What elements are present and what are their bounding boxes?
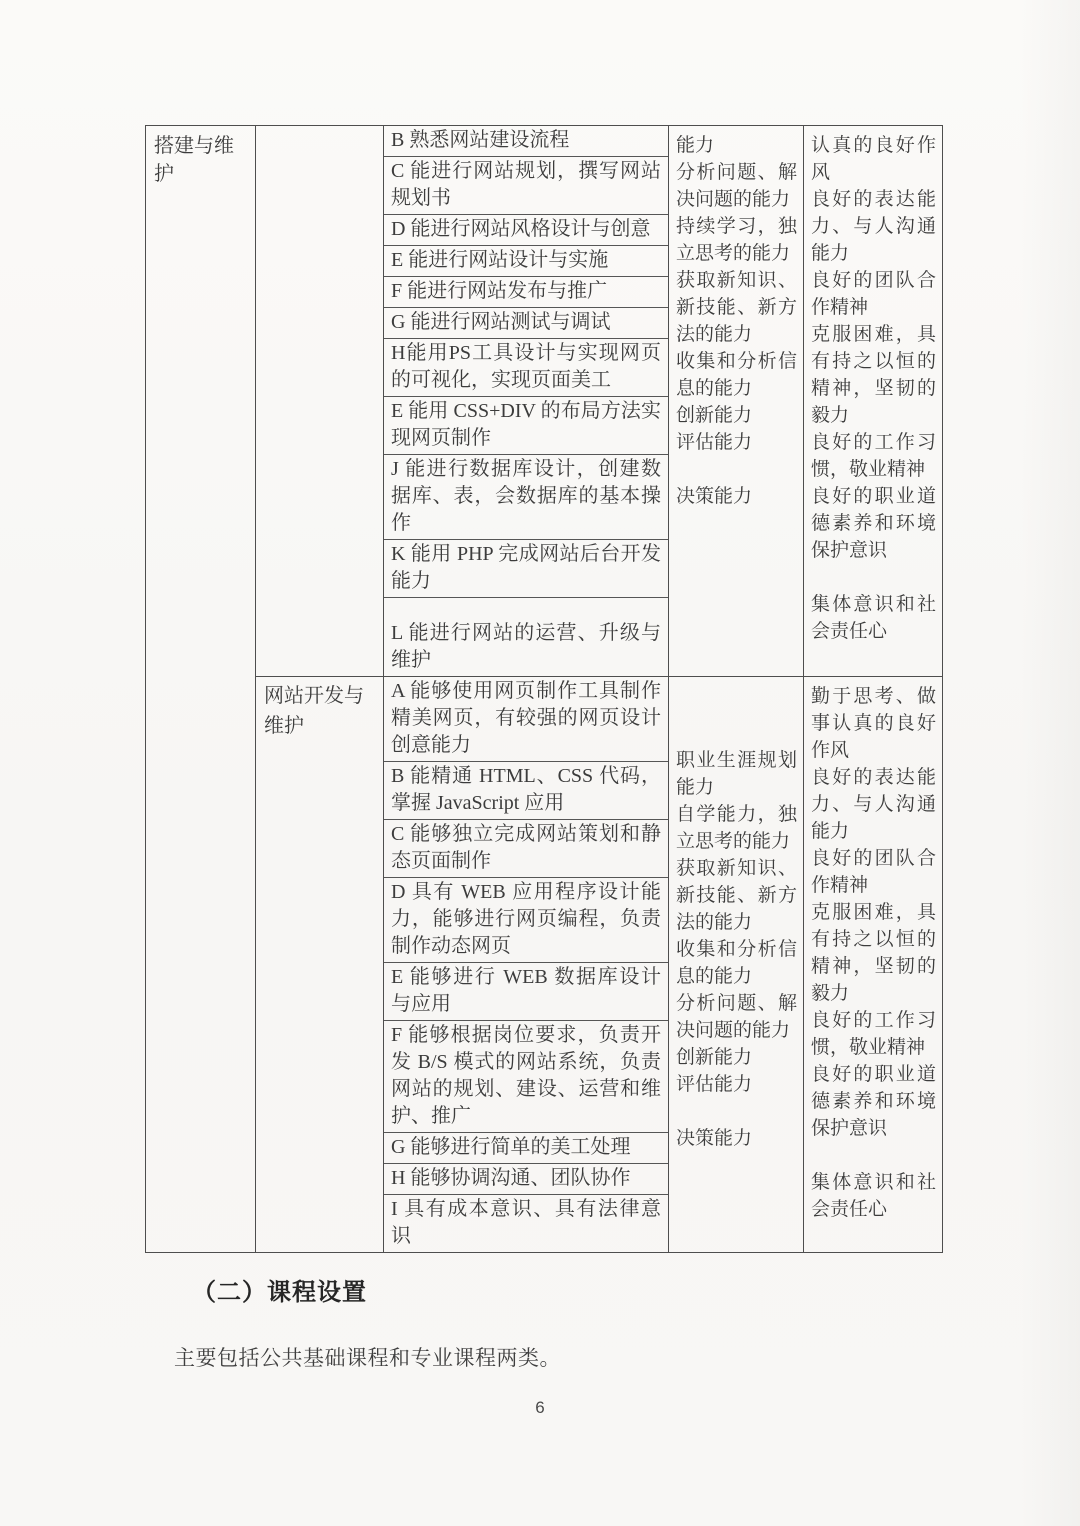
ability-line: 能力 [676, 132, 797, 159]
ability-line-gap [676, 456, 797, 483]
quality-line: 良好的职业道德素养和环境保护意识 [811, 483, 936, 564]
position-label: 网站开发与维护 [256, 677, 383, 745]
ability-line-gap [676, 1098, 797, 1125]
quality-line: 认真的良好作风 [811, 132, 936, 186]
quality-line: 勤于思考、做事认真的良好作风 [811, 683, 936, 764]
page-number: 6 [0, 1398, 1080, 1418]
ability-line: 评估能力 [676, 429, 797, 456]
ability-line: 决策能力 [676, 1125, 797, 1152]
ability-line: 收集和分析信息的能力 [676, 936, 797, 990]
skill-item: E 能够进行 WEB 数据库设计与应用 [384, 963, 668, 1021]
position-label [256, 126, 383, 138]
skill-item: G 能够进行简单的美工处理 [384, 1133, 668, 1164]
skill-item: C 能够独立完成网站策划和静态页面制作 [384, 820, 668, 878]
scan-shade [1020, 0, 1080, 1526]
ability-line: 获取新知识、新技能、新方法的能力 [676, 267, 797, 348]
document-page: 搭建与维护 B 熟悉网站建设流程 C 能进行网站规划，撰写网站规划书 D 能进行… [0, 0, 1080, 1526]
skill-item: J 能进行数据库设计，创建数据库、表，会数据库的基本操作 [384, 455, 668, 540]
category-cell: 搭建与维护 [146, 126, 256, 1253]
quality-line: 集体意识和社会责任心 [811, 1169, 936, 1223]
ability-line: 持续学习，独立思考的能力 [676, 213, 797, 267]
ability-line: 评估能力 [676, 1071, 797, 1098]
skill-item: B 熟悉网站建设流程 [384, 126, 668, 157]
section-heading: （二）课程设置 [192, 1272, 367, 1307]
skill-item: F 能够根据岗位要求，负责开发 B/S 模式的网站系统，负责网站的规划、建设、运… [384, 1021, 668, 1133]
quality-line: 良好的工作习惯，敬业精神 [811, 1007, 936, 1061]
skill-item: B 能精通 HTML、CSS 代码，掌握 JavaScript 应用 [384, 762, 668, 820]
quality-line: 良好的表达能力、与人沟通能力 [811, 764, 936, 845]
ability-line: 创新能力 [676, 402, 797, 429]
ability-line: 获取新知识、新技能、新方法的能力 [676, 855, 797, 936]
skill-item: F 能进行网站发布与推广 [384, 277, 668, 308]
skills-cell: A 能够使用网页制作工具制作精美网页，有较强的网页设计创意能力 B 能精通 HT… [384, 677, 669, 1253]
table-row: 网站开发与维护 A 能够使用网页制作工具制作精美网页，有较强的网页设计创意能力 … [146, 677, 943, 1253]
table-row: 搭建与维护 B 熟悉网站建设流程 C 能进行网站规划，撰写网站规划书 D 能进行… [146, 126, 943, 677]
position-cell: 网站开发与维护 [256, 677, 384, 1253]
skill-item: L 能进行网站的运营、升级与维护 [384, 598, 668, 676]
ability-line: 分析问题、解决问题的能力 [676, 990, 797, 1044]
ability-line: 创新能力 [676, 1044, 797, 1071]
ability-line: 收集和分析信息的能力 [676, 348, 797, 402]
quality-line: 良好的团队合作精神 [811, 267, 936, 321]
skill-item: K 能用 PHP 完成网站后台开发能力 [384, 540, 668, 598]
abilities-cell: 能力 分析问题、解决问题的能力 持续学习，独立思考的能力 获取新知识、新技能、新… [669, 126, 804, 677]
skill-item: A 能够使用网页制作工具制作精美网页，有较强的网页设计创意能力 [384, 677, 668, 762]
skill-item: H能用PS工具设计与实现网页的可视化，实现页面美工 [384, 339, 668, 397]
quality-line: 克服困难，具有持之以恒的精神，坚韧的毅力 [811, 321, 936, 429]
skills-cell: B 熟悉网站建设流程 C 能进行网站规划，撰写网站规划书 D 能进行网站风格设计… [384, 126, 669, 677]
skill-item: C 能进行网站规划，撰写网站规划书 [384, 157, 668, 215]
skill-item: E 能用 CSS+DIV 的布局方法实现网页制作 [384, 397, 668, 455]
skill-item: E 能进行网站设计与实施 [384, 246, 668, 277]
ability-line: 决策能力 [676, 483, 797, 510]
quality-line-gap [811, 1142, 936, 1169]
ability-line: 职业生涯规划能力 [676, 747, 797, 801]
quality-line: 良好的职业道德素养和环境保护意识 [811, 1061, 936, 1142]
body-paragraph: 主要包括公共基础课程和专业课程两类。 [174, 1342, 561, 1372]
competency-table: 搭建与维护 B 熟悉网站建设流程 C 能进行网站规划，撰写网站规划书 D 能进行… [145, 125, 943, 1253]
quality-line: 良好的团队合作精神 [811, 845, 936, 899]
ability-line: 分析问题、解决问题的能力 [676, 159, 797, 213]
skill-item: D 具有 WEB 应用程序设计能力，能够进行网页编程，负责制作动态网页 [384, 878, 668, 963]
skill-item: D 能进行网站风格设计与创意 [384, 215, 668, 246]
abilities-cell: 职业生涯规划能力 自学能力，独立思考的能力 获取新知识、新技能、新方法的能力 收… [669, 677, 804, 1253]
qualities-cell: 认真的良好作风 良好的表达能力、与人沟通能力 良好的团队合作精神 克服困难，具有… [804, 126, 943, 677]
skill-item: G 能进行网站测试与调试 [384, 308, 668, 339]
position-cell [256, 126, 384, 677]
quality-line: 良好的表达能力、与人沟通能力 [811, 186, 936, 267]
qualities-cell: 勤于思考、做事认真的良好作风 良好的表达能力、与人沟通能力 良好的团队合作精神 … [804, 677, 943, 1253]
ability-line: 自学能力，独立思考的能力 [676, 801, 797, 855]
quality-line: 克服困难，具有持之以恒的精神，坚韧的毅力 [811, 899, 936, 1007]
quality-line-gap [811, 564, 936, 591]
category-label: 搭建与维护 [146, 126, 255, 194]
skill-item: I 具有成本意识、具有法律意识 [384, 1195, 668, 1252]
skill-item: H 能够协调沟通、团队协作 [384, 1164, 668, 1195]
quality-line: 良好的工作习惯，敬业精神 [811, 429, 936, 483]
quality-line: 集体意识和社会责任心 [811, 591, 936, 645]
